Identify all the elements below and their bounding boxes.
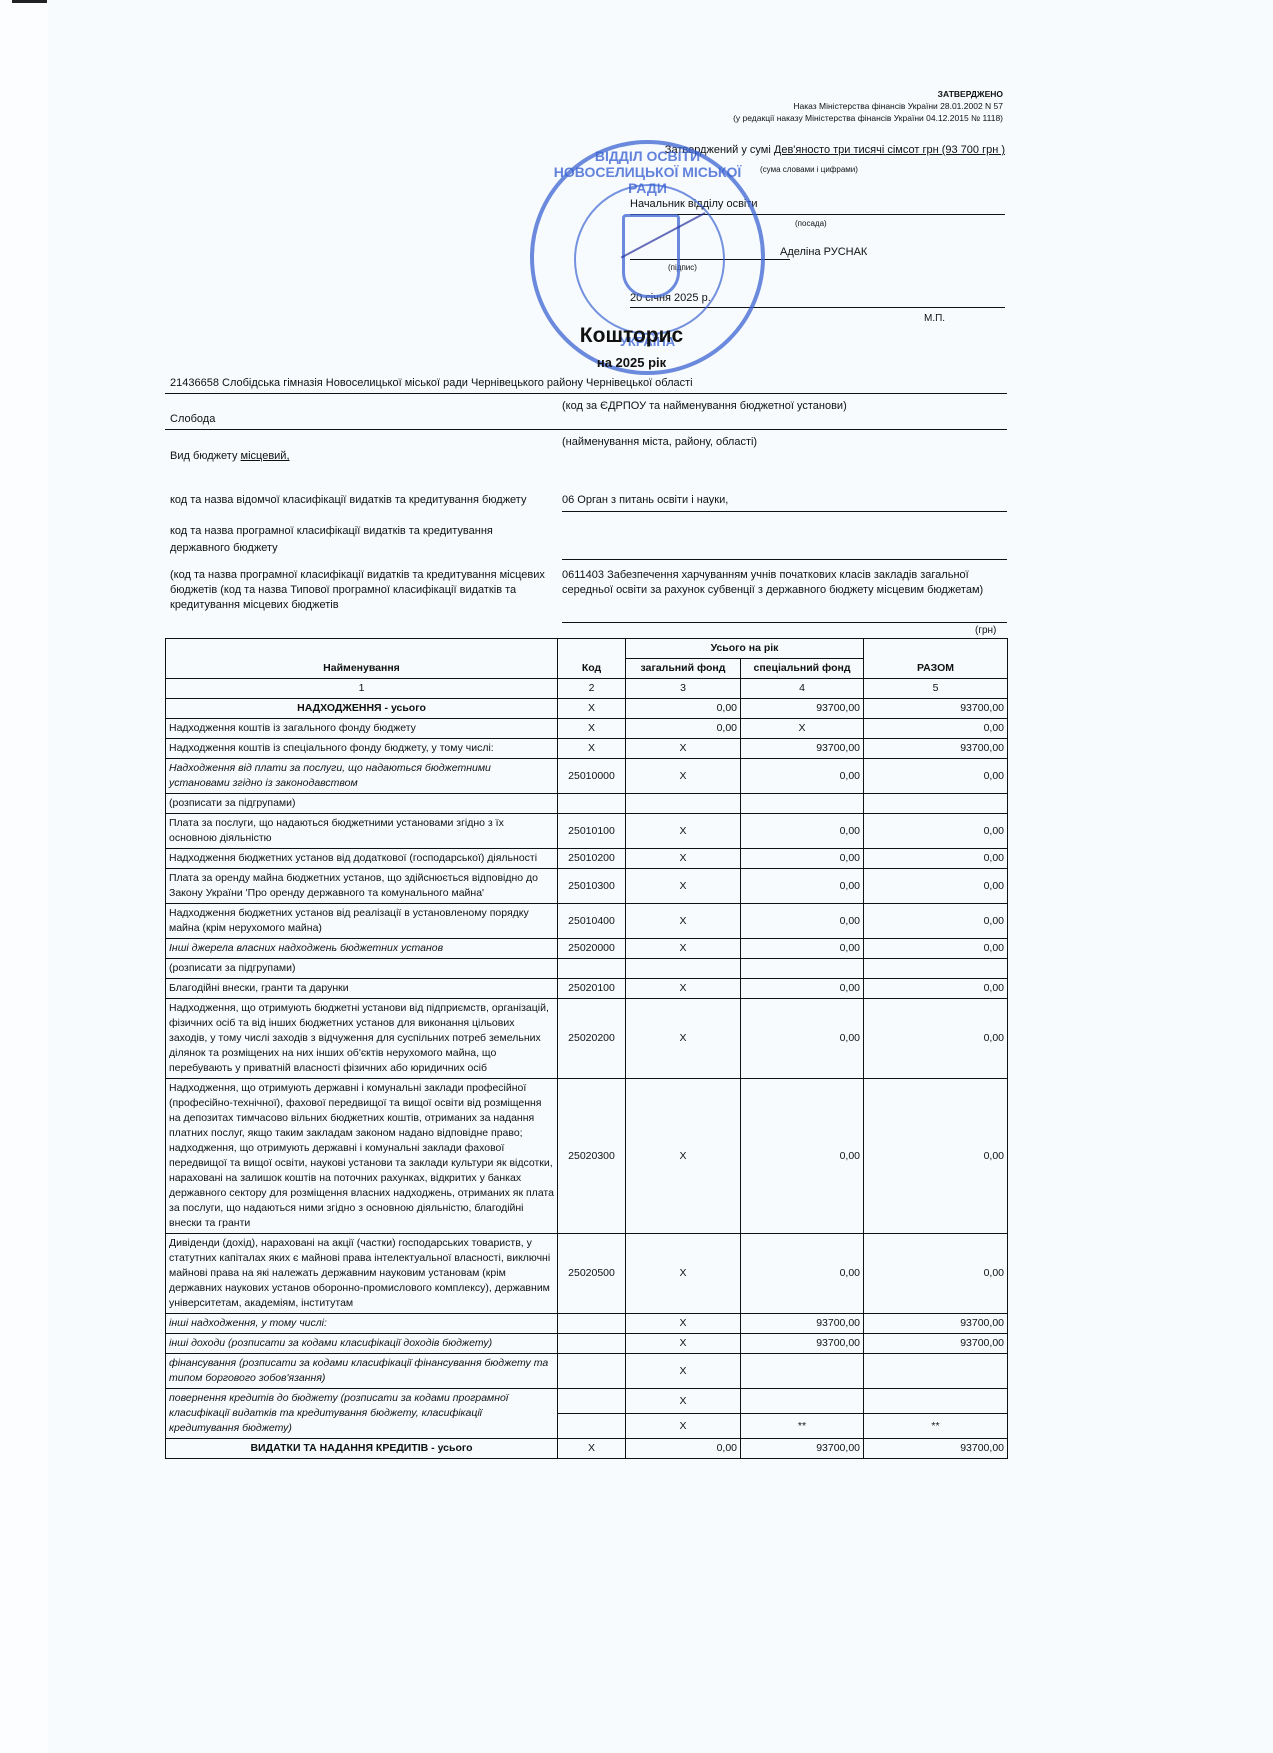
row-name: Інші джерела власних надходжень бюджетни… xyxy=(166,939,558,959)
table-row: Надходження коштів із загального фонду б… xyxy=(166,719,1008,739)
table-row: НАДХОДЖЕННЯ - усьогоХ0,0093700,0093700,0… xyxy=(166,699,1008,719)
row-general-fund: Х xyxy=(626,1314,741,1334)
row-special-fund: Х xyxy=(741,719,864,739)
table-row: Дивіденди (дохід), нараховані на акції (… xyxy=(166,1234,1008,1314)
row-name: Благодійні внески, гранти та дарунки xyxy=(166,979,558,999)
row-name: Плата за оренду майна бюджетних установ,… xyxy=(166,869,558,904)
row-general-fund: Х xyxy=(626,849,741,869)
row-name: Надходження, що отримують державні і ком… xyxy=(166,1079,558,1234)
row-code xyxy=(558,1354,626,1389)
row-name: Надходження бюджетних установ від додатк… xyxy=(166,849,558,869)
row-name: Надходження, що отримують бюджетні устан… xyxy=(166,999,558,1079)
row-total: 0,00 xyxy=(864,979,1008,999)
row-code: 25010100 xyxy=(558,814,626,849)
table-row: Надходження, що отримують бюджетні устан… xyxy=(166,999,1008,1079)
row-name: інші надходження, у тому числі: xyxy=(166,1314,558,1334)
dept-class-value: 06 Орган з питань освіти і науки, xyxy=(562,494,728,506)
row-code xyxy=(558,1414,626,1439)
row-code: Х xyxy=(558,1439,626,1459)
row-general-fund: Х xyxy=(626,979,741,999)
row-total xyxy=(864,1389,1008,1414)
row-code: Х xyxy=(558,739,626,759)
row-total: 93700,00 xyxy=(864,699,1008,719)
row-total: 0,00 xyxy=(864,849,1008,869)
row-general-fund: Х xyxy=(626,999,741,1079)
row-general-fund: Х xyxy=(626,814,741,849)
document-title: Кошторис xyxy=(0,324,1268,348)
row-special-fund: 0,00 xyxy=(741,849,864,869)
row-total: 93700,00 xyxy=(864,739,1008,759)
row-code: 25020300 xyxy=(558,1079,626,1234)
row-name: повернення кредитів до бюджету (розписат… xyxy=(166,1389,558,1439)
row-special-fund: 0,00 xyxy=(741,814,864,849)
approval-edition: (у редакції наказу Міністерства фінансів… xyxy=(733,112,1003,124)
row-general-fund: Х xyxy=(626,1234,741,1314)
row-code: 25010200 xyxy=(558,849,626,869)
budget-table: Найменування Код Усього на рік РАЗОМ заг… xyxy=(165,638,1008,1459)
table-row: Благодійні внески, гранти та дарунки2502… xyxy=(166,979,1008,999)
row-name: Надходження бюджетних установ від реаліз… xyxy=(166,904,558,939)
row-total: 93700,00 xyxy=(864,1439,1008,1459)
row-name: фінансування (розписати за кодами класиф… xyxy=(166,1354,558,1389)
row-total xyxy=(864,1354,1008,1389)
col-num: 5 xyxy=(864,679,1008,699)
col-num: 1 xyxy=(166,679,558,699)
row-name: НАДХОДЖЕННЯ - усього xyxy=(166,699,558,719)
row-total: 0,00 xyxy=(864,939,1008,959)
row-total: 0,00 xyxy=(864,1079,1008,1234)
row-name: Надходження коштів із спеціального фонду… xyxy=(166,739,558,759)
row-code xyxy=(558,1314,626,1334)
locality-caption: (найменування міста, району, області) xyxy=(562,436,757,448)
row-special-fund: 0,00 xyxy=(741,1079,864,1234)
row-special-fund: ** xyxy=(741,1414,864,1439)
col-num: 4 xyxy=(741,679,864,699)
budget-type-label: Вид бюджету xyxy=(170,450,241,462)
approval-heading: ЗАТВЕРДЖЕНО xyxy=(733,88,1003,100)
row-code: 25010000 xyxy=(558,759,626,794)
table-row-expenses-total: ВИДАТКИ ТА НАДАННЯ КРЕДИТІВ - усьогоХ0,0… xyxy=(166,1439,1008,1459)
row-name: (розписати за підгрупами) xyxy=(166,959,558,979)
sum-caption: (сума словами і цифрами) xyxy=(760,165,858,174)
row-total: 0,00 xyxy=(864,719,1008,739)
row-code: Х xyxy=(558,699,626,719)
table-row: фінансування (розписати за кодами класиф… xyxy=(166,1354,1008,1389)
row-general-fund: Х xyxy=(626,1334,741,1354)
row-code: 25020200 xyxy=(558,999,626,1079)
row-special-fund: 0,00 xyxy=(741,869,864,904)
col-num: 3 xyxy=(626,679,741,699)
row-special-fund xyxy=(741,794,864,814)
row-name: Надходження коштів із загального фонду б… xyxy=(166,719,558,739)
row-general-fund: Х xyxy=(626,904,741,939)
row-total xyxy=(864,959,1008,979)
row-code: 25010300 xyxy=(558,869,626,904)
seal-label: М.П. xyxy=(924,313,945,324)
approved-sum-value: Дев'яносто три тисячі сімсот грн (93 700… xyxy=(774,144,1005,156)
row-code xyxy=(558,959,626,979)
row-total: 93700,00 xyxy=(864,1314,1008,1334)
institution-name: 21436658 Слобідська гімназія Новоселицьк… xyxy=(170,377,693,389)
locality-name: Слобода xyxy=(170,413,215,425)
row-total: ** xyxy=(864,1414,1008,1439)
column-numbers-row: 1 2 3 4 5 xyxy=(166,679,1008,699)
row-code: 25010400 xyxy=(558,904,626,939)
row-special-fund: 93700,00 xyxy=(741,739,864,759)
table-row: інші доходи (розписати за кодами класифі… xyxy=(166,1334,1008,1354)
row-total xyxy=(864,794,1008,814)
row-general-fund: 0,00 xyxy=(626,1439,741,1459)
col-num: 2 xyxy=(558,679,626,699)
table-row: інші надходження, у тому числі:Х93700,00… xyxy=(166,1314,1008,1334)
local-program-label: (код та назва програмної класифікації ви… xyxy=(170,568,555,613)
row-total: 93700,00 xyxy=(864,1334,1008,1354)
row-special-fund: 0,00 xyxy=(741,759,864,794)
row-total: 0,00 xyxy=(864,999,1008,1079)
dept-class-label: код та назва відомчої класифікації видат… xyxy=(170,494,560,506)
header-total: РАЗОМ xyxy=(864,639,1008,679)
row-general-fund: Х xyxy=(626,1414,741,1439)
header-year-total: Усього на рік xyxy=(626,639,864,659)
row-special-fund: 93700,00 xyxy=(741,1314,864,1334)
row-general-fund: Х xyxy=(626,759,741,794)
row-general-fund xyxy=(626,959,741,979)
header-special-fund: спеціальний фонд xyxy=(741,659,864,679)
local-program-value: 0611403 Забезпечення харчуванням учнів п… xyxy=(562,568,1002,598)
table-row: Надходження від плати за послуги, що над… xyxy=(166,759,1008,794)
table-row: Плата за послуги, що надаються бюджетним… xyxy=(166,814,1008,849)
row-code: Х xyxy=(558,719,626,739)
table-row: (розписати за підгрупами) xyxy=(166,959,1008,979)
row-general-fund: 0,00 xyxy=(626,699,741,719)
row-general-fund xyxy=(626,794,741,814)
row-code xyxy=(558,1334,626,1354)
row-special-fund: 93700,00 xyxy=(741,1439,864,1459)
row-general-fund: Х xyxy=(626,869,741,904)
position-caption: (посада) xyxy=(795,219,827,228)
row-special-fund: 93700,00 xyxy=(741,699,864,719)
row-general-fund: Х xyxy=(626,1079,741,1234)
document-subtitle: на 2025 рік xyxy=(0,355,1268,370)
table-row: Плата за оренду майна бюджетних установ,… xyxy=(166,869,1008,904)
row-name: Дивіденди (дохід), нараховані на акції (… xyxy=(166,1234,558,1314)
row-special-fund: 0,00 xyxy=(741,999,864,1079)
approval-order: Наказ Міністерства фінансів України 28.0… xyxy=(733,100,1003,112)
row-name: Надходження від плати за послуги, що над… xyxy=(166,759,558,794)
header-code: Код xyxy=(558,639,626,679)
currency-unit: (грн) xyxy=(975,625,996,636)
row-code: 25020000 xyxy=(558,939,626,959)
row-general-fund: Х xyxy=(626,1389,741,1414)
budget-type: Вид бюджету місцевий, xyxy=(170,450,290,462)
row-general-fund: Х xyxy=(626,1354,741,1389)
row-code xyxy=(558,1389,626,1414)
table-row: Інші джерела власних надходжень бюджетни… xyxy=(166,939,1008,959)
row-code: 25020100 xyxy=(558,979,626,999)
row-total: 0,00 xyxy=(864,904,1008,939)
row-code: 25020500 xyxy=(558,1234,626,1314)
row-general-fund: Х xyxy=(626,939,741,959)
scan-corner-mark xyxy=(12,0,47,3)
row-name: (розписати за підгрупами) xyxy=(166,794,558,814)
approval-block: ЗАТВЕРДЖЕНО Наказ Міністерства фінансів … xyxy=(733,88,1003,124)
row-special-fund: 93700,00 xyxy=(741,1334,864,1354)
table-row: Надходження коштів із спеціального фонду… xyxy=(166,739,1008,759)
row-general-fund: Х xyxy=(626,739,741,759)
table-row: Надходження бюджетних установ від реаліз… xyxy=(166,904,1008,939)
row-special-fund: 0,00 xyxy=(741,939,864,959)
table-row: (розписати за підгрупами) xyxy=(166,794,1008,814)
budget-type-value: місцевий, xyxy=(241,450,290,462)
row-code xyxy=(558,794,626,814)
header-name: Найменування xyxy=(166,639,558,679)
signer-name: Аделіна РУСНАК xyxy=(780,246,867,258)
row-total: 0,00 xyxy=(864,1234,1008,1314)
row-name: інші доходи (розписати за кодами класифі… xyxy=(166,1334,558,1354)
table-row: Надходження, що отримують державні і ком… xyxy=(166,1079,1008,1234)
row-special-fund xyxy=(741,1354,864,1389)
row-total: 0,00 xyxy=(864,869,1008,904)
row-special-fund: 0,00 xyxy=(741,1234,864,1314)
table-row: повернення кредитів до бюджету (розписат… xyxy=(166,1389,1008,1414)
row-name: ВИДАТКИ ТА НАДАННЯ КРЕДИТІВ - усього xyxy=(166,1439,558,1459)
row-total: 0,00 xyxy=(864,814,1008,849)
row-special-fund xyxy=(741,959,864,979)
table-row: Надходження бюджетних установ від додатк… xyxy=(166,849,1008,869)
row-special-fund xyxy=(741,1389,864,1414)
row-total: 0,00 xyxy=(864,759,1008,794)
row-name: Плата за послуги, що надаються бюджетним… xyxy=(166,814,558,849)
institution-caption: (код за ЄДРПОУ та найменування бюджетної… xyxy=(562,400,847,412)
budget-table-body: НАДХОДЖЕННЯ - усьогоХ0,0093700,0093700,0… xyxy=(166,699,1008,1459)
row-general-fund: 0,00 xyxy=(626,719,741,739)
state-program-label: код та назва програмної класифікації вид… xyxy=(170,523,550,557)
row-special-fund: 0,00 xyxy=(741,979,864,999)
header-general-fund: загальний фонд xyxy=(626,659,741,679)
row-special-fund: 0,00 xyxy=(741,904,864,939)
